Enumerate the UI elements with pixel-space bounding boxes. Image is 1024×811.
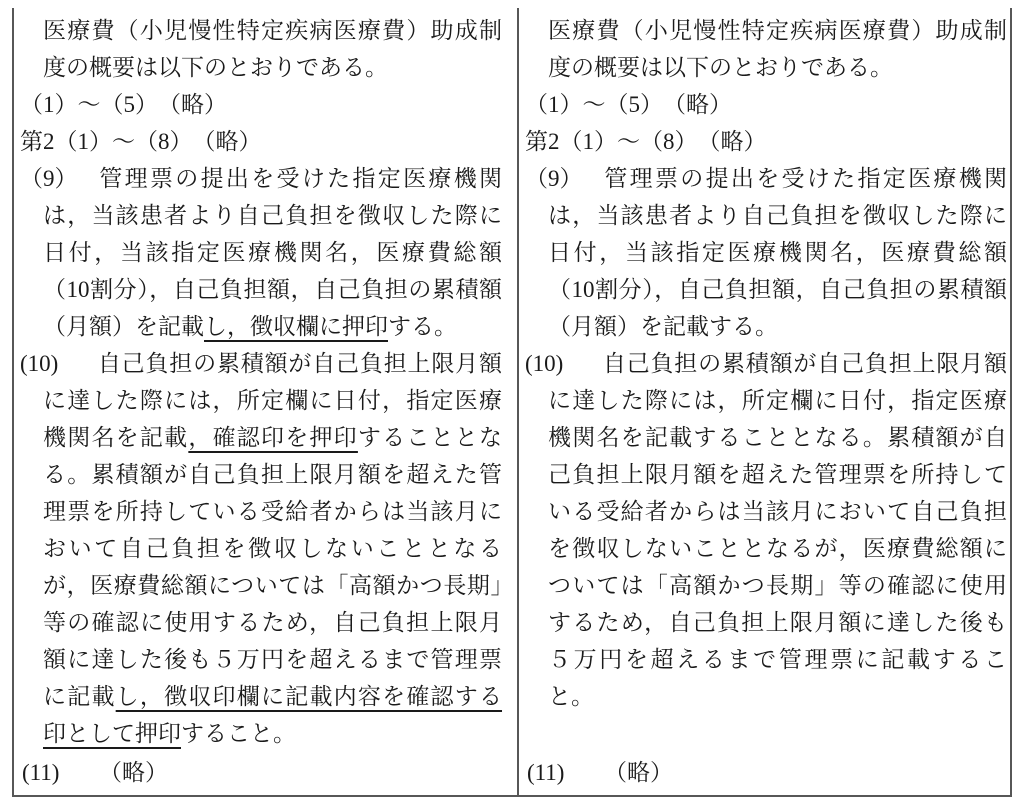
section-2-line: 第2（1）～（8） （略） bbox=[20, 123, 502, 160]
item-11-number: (11) bbox=[22, 754, 99, 791]
column-left: 医療費（小児慢性特定疾病医療費）助成制度の概要は以下のとおりである。 （1）～（… bbox=[12, 8, 517, 795]
item-9-text: 管理票の提出を受けた指定医療機関は，当該患者より自己負担を徴収した際に日付，当該… bbox=[548, 166, 1007, 339]
section-2-line: 第2（1）～（8） （略） bbox=[525, 123, 1007, 160]
section-2-text: 第2（1）～（8） （略） bbox=[525, 129, 767, 154]
item-11-number: (11) bbox=[527, 754, 604, 791]
item-10: (10)自己負担の累積額が自己負担上限月額に達した際には，所定欄に日付，指定医療… bbox=[525, 345, 1007, 715]
intro-text: 医療費（小児慢性特定疾病医療費）助成制度の概要は以下のとおりである。 bbox=[43, 18, 502, 80]
item-9: （9）管理票の提出を受けた指定医療機関は，当該患者より自己負担を徴収した際に日付… bbox=[20, 160, 502, 345]
item-9-underlined-text: し，徴収欄に押印 bbox=[204, 314, 388, 339]
items-1-5-text: （1）～（5） （略） bbox=[20, 92, 227, 117]
item-10-number: (10) bbox=[20, 345, 97, 382]
items-1-5-line: （1）～（5） （略） bbox=[20, 86, 502, 123]
item-10-number: (10) bbox=[525, 345, 602, 382]
column-right: 医療費（小児慢性特定疾病医療費）助成制度の概要は以下のとおりである。 （1）～（… bbox=[517, 8, 1010, 795]
item-11: (11)（略） bbox=[527, 754, 673, 791]
item-9-text-after: する。 bbox=[388, 314, 457, 339]
intro-paragraph: 医療費（小児慢性特定疾病医療費）助成制度の概要は以下のとおりである。 bbox=[43, 12, 502, 86]
item-9-number: （9） bbox=[20, 160, 97, 197]
intro-text: 医療費（小児慢性特定疾病医療費）助成制度の概要は以下のとおりである。 bbox=[548, 18, 1007, 80]
item-10-text-3: すること。 bbox=[181, 721, 296, 746]
item-11-text: （略） bbox=[99, 760, 168, 785]
item-10: (10)自己負担の累積額が自己負担上限月額に達した際には，所定欄に日付，指定医療… bbox=[20, 345, 502, 752]
item-10-text: 自己負担の累積額が自己負担上限月額に達した際には，所定欄に日付，指定医療機関名を… bbox=[548, 351, 1007, 709]
item-11-text: （略） bbox=[604, 760, 673, 785]
comparison-table: 医療費（小児慢性特定疾病医療費）助成制度の概要は以下のとおりである。 （1）～（… bbox=[12, 8, 1012, 797]
item-11: (11)（略） bbox=[22, 754, 168, 791]
intro-paragraph: 医療費（小児慢性特定疾病医療費）助成制度の概要は以下のとおりである。 bbox=[548, 12, 1007, 86]
items-1-5-line: （1）～（5） （略） bbox=[525, 86, 1007, 123]
item-9: （9）管理票の提出を受けた指定医療機関は，当該患者より自己負担を徴収した際に日付… bbox=[525, 160, 1007, 345]
item-9-number: （9） bbox=[525, 160, 602, 197]
item-10-text-2: することとなる。累積額が自己負担上限月額を超えた管理票を所持している受給者からは… bbox=[43, 425, 502, 709]
section-2-text: 第2（1）～（8） （略） bbox=[20, 129, 262, 154]
items-1-5-text: （1）～（5） （略） bbox=[525, 92, 732, 117]
item-10-underlined-1: ，確認印を押印 bbox=[188, 425, 358, 450]
